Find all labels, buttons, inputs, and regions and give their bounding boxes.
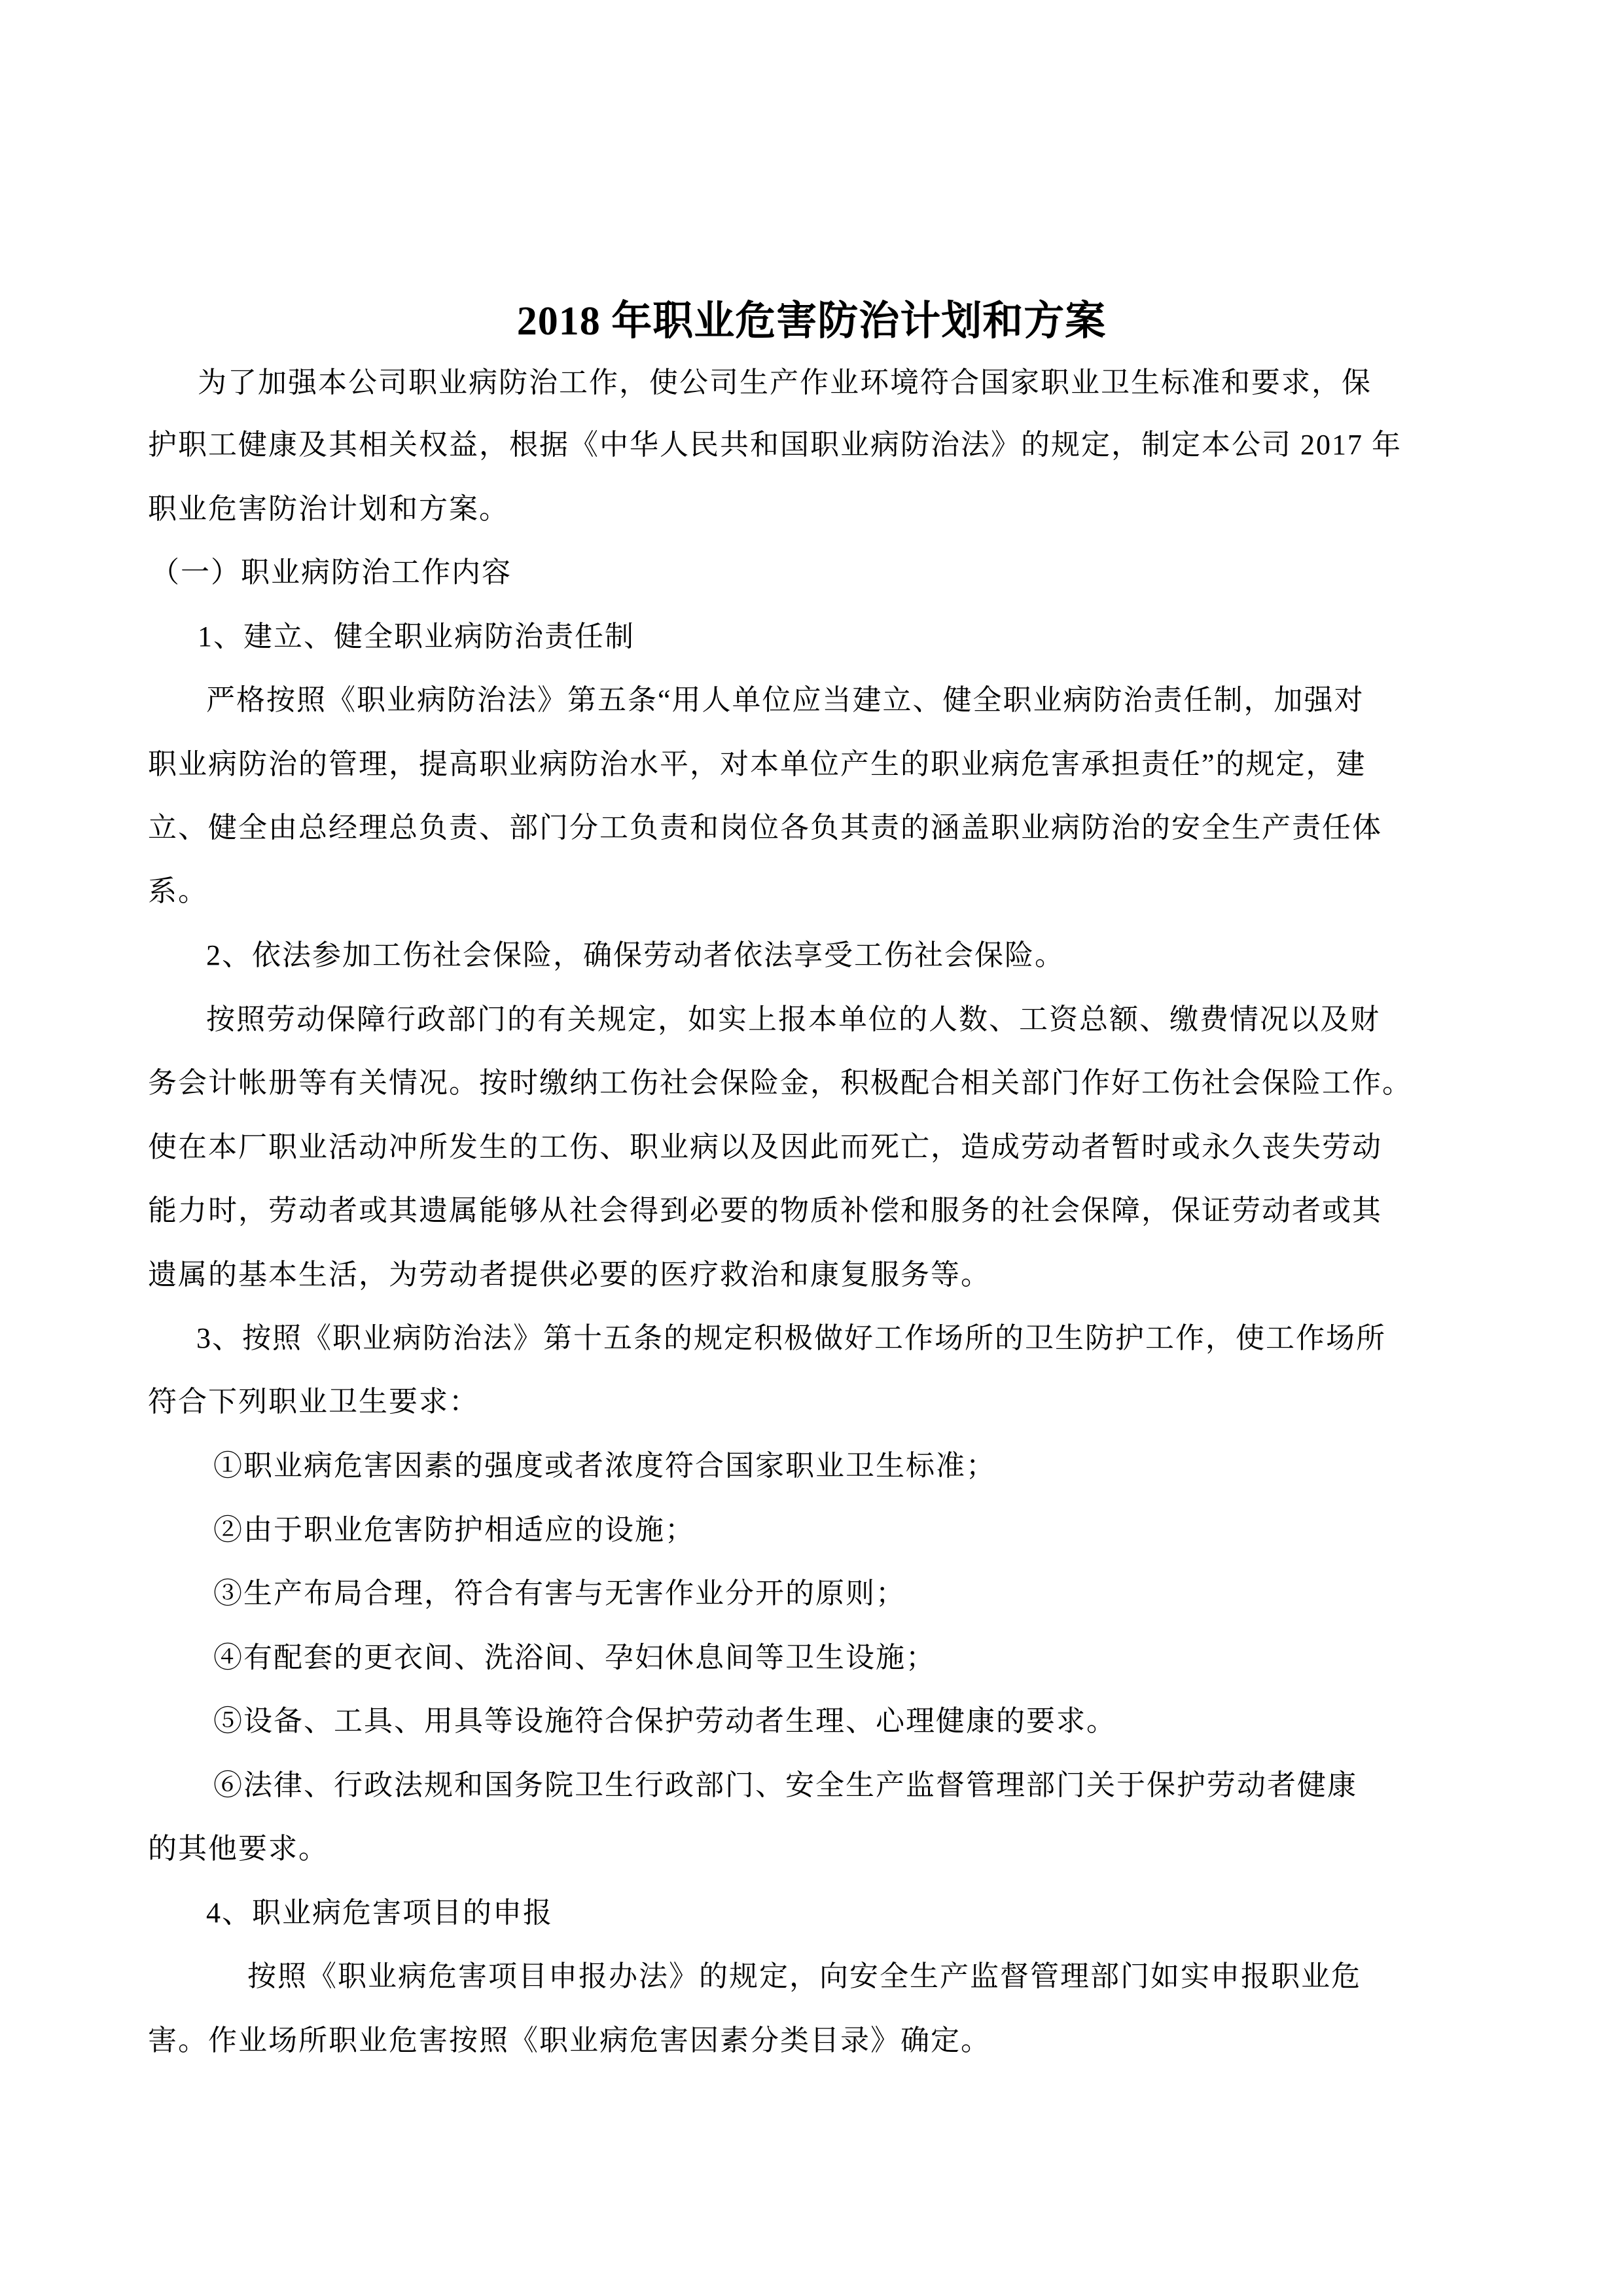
subsection-heading: 2、依法参加工伤社会保险，确保劳动者依法享受工伤社会保险。 [206, 937, 1065, 974]
list-item: ⑤设备、工具、用具等设施符合保护劳动者生理、心理健康的要求。 [213, 1703, 1116, 1740]
paragraph-line: 严格按照《职业病防治法》第五条“用人单位应当建立、健全职业病防治责任制，加强对 [206, 682, 1364, 719]
paragraph-line: 护职工健康及其相关权益，根据《中华人民共和国职业病防治法》的规定，制定本公司 2… [148, 427, 1402, 463]
paragraph-line: 符合下列职业卫生要求： [148, 1384, 479, 1420]
paragraph-line: 务会计帐册等有关情况。按时缴纳工伤社会保险金，积极配合相关部门作好工伤社会保险工… [148, 1065, 1412, 1102]
paragraph-line: 按照《职业病危害项目申报办法》的规定，向安全生产监督管理部门如实申报职业危 [247, 1958, 1361, 1995]
list-item: ⑥法律、行政法规和国务院卫生行政部门、安全生产监督管理部门关于保护劳动者健康 [213, 1767, 1357, 1804]
subsection-heading: 3、按照《职业病防治法》第十五条的规定积极做好工作场所的卫生防护工作，使工作场所 [196, 1320, 1386, 1357]
paragraph-line: 职业病防治的管理，提高职业病防治水平，对本单位产生的职业病危害承担责任”的规定，… [148, 746, 1366, 783]
paragraph-line: 按照劳动保障行政部门的有关规定，如实上报本单位的人数、工资总额、缴费情况以及财 [206, 1001, 1380, 1038]
paragraph-line: 能力时，劳动者或其遗属能够从社会得到必要的物质补偿和服务的社会保障，保证劳动者或… [148, 1193, 1382, 1229]
list-item: ②由于职业危害防护相适应的设施； [213, 1512, 695, 1549]
paragraph-line: 为了加强本公司职业病防治工作，使公司生产作业环境符合国家职业卫生标准和要求，保 [198, 365, 1372, 401]
paragraph-line: 系。 [148, 873, 208, 910]
subsection-heading: 1、建立、健全职业病防治责任制 [198, 619, 635, 655]
list-item: ①职业病危害因素的强度或者浓度符合国家职业卫生标准； [213, 1448, 996, 1484]
list-item: ④有配套的更衣间、洗浴间、孕妇休息间等卫生设施； [213, 1640, 936, 1676]
paragraph-line: 使在本厂职业活动冲所发生的工伤、职业病以及因此而死亡，造成劳动者暂时或永久丧失劳… [148, 1129, 1382, 1166]
paragraph-line: 遗属的基本生活，为劳动者提供必要的医疗救治和康复服务等。 [148, 1257, 991, 1293]
document-page: 2018 年职业危害防治计划和方案 为了加强本公司职业病防治工作，使公司生产作业… [0, 0, 1623, 2296]
paragraph-line: 的其他要求。 [148, 1831, 329, 1867]
document-title: 2018 年职业危害防治计划和方案 [0, 288, 1623, 346]
subsection-heading: 4、职业病危害项目的申报 [206, 1895, 553, 1931]
paragraph-line: 害。作业场所职业危害按照《职业病危害因素分类目录》确定。 [148, 2022, 991, 2059]
paragraph-line: 职业危害防治计划和方案。 [148, 491, 509, 528]
section-heading: （一）职业病防治工作内容 [151, 554, 512, 591]
list-item: ③生产布局合理，符合有害与无害作业分开的原则； [213, 1575, 906, 1612]
paragraph-line: 立、健全由总经理总负责、部门分工负责和岗位各负其责的涵盖职业病防治的安全生产责任… [148, 810, 1382, 846]
